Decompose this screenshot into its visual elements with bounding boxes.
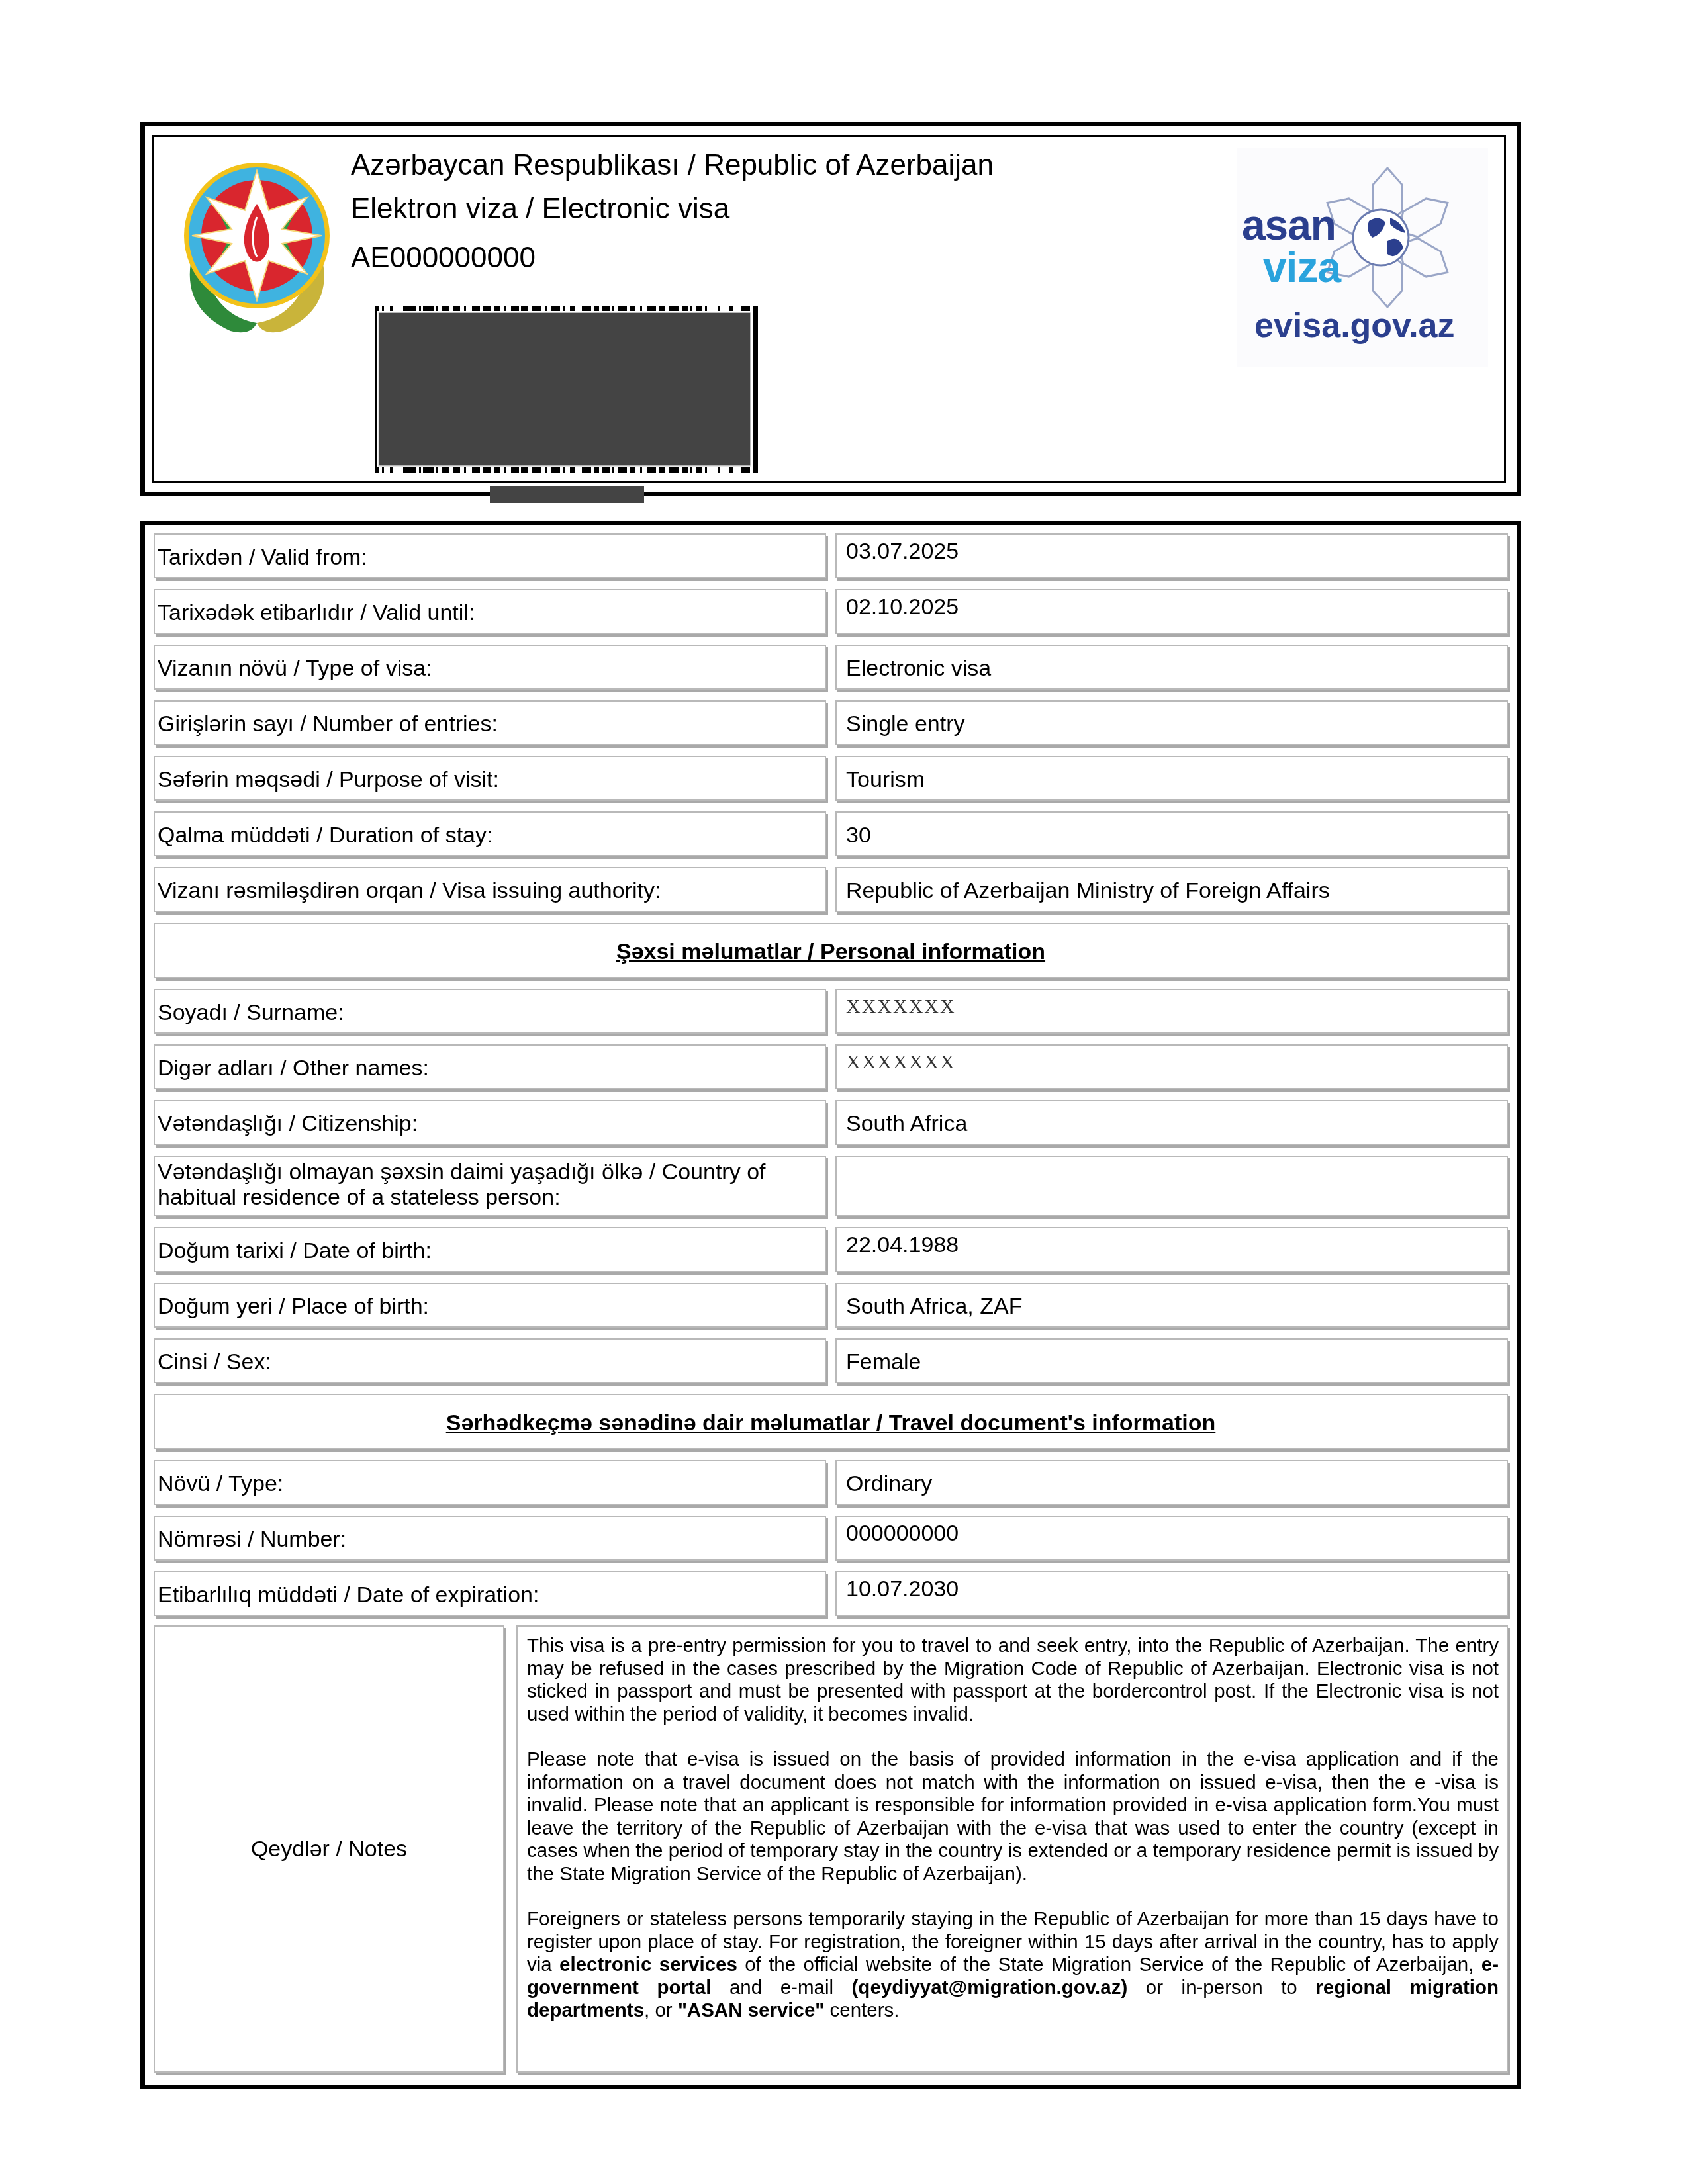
label-doc-type: Növü / Type: [154,1460,826,1505]
value-stateless-residence [835,1156,1508,1216]
asan-service-text: "ASAN service" [678,1999,824,2021]
label-purpose: Səfərin məqsədi / Purpose of visit: [154,756,826,801]
label-doc-expiration: Etibarlılıq müddəti / Date of expiration… [154,1571,826,1616]
label-surname: Soyadı / Surname: [154,989,826,1034]
registration-email-text: (qeydiyyat@migration.gov.az) [852,1977,1128,1999]
label-visa-type: Vizanın növü / Type of visa: [154,645,826,690]
section-travel-document: Sərhədkeçmə sənədinə dair məlumatlar / T… [154,1394,1508,1449]
value-valid-from: 03.07.2025 [835,533,1508,578]
value-issuing-authority: Republic of Azerbaijan Ministry of Forei… [835,867,1508,912]
section-personal-information: Şəxsi məlumatlar / Personal information [154,923,1508,978]
logo-viza-text: viza [1263,246,1340,289]
label-date-of-birth: Doğum tarixi / Date of birth: [154,1227,826,1272]
notes-paragraph-accuracy: Please note that e-visa is issued on the… [527,1749,1499,1886]
label-citizenship: Vətəndaşlığı / Citizenship: [154,1100,826,1145]
logo-url-text: evisa.gov.az [1254,308,1455,343]
label-valid-from: Tarixdən / Valid from: [154,533,826,578]
value-other-names: XXXXXXX [835,1044,1508,1089]
label-place-of-birth: Doğum yeri / Place of birth: [154,1283,826,1328]
value-date-of-birth: 22.04.1988 [835,1227,1508,1272]
label-issuing-authority: Vizanı rəsmiləşdirən orqan / Visa issuin… [154,867,826,912]
value-duration: 30 [835,811,1508,856]
label-duration: Qalma müddəti / Duration of stay: [154,811,826,856]
value-surname: XXXXXXX [835,989,1508,1034]
value-doc-expiration: 10.07.2030 [835,1571,1508,1616]
redaction-bar [490,486,644,503]
value-citizenship: South Africa [835,1100,1508,1145]
label-other-names: Digər adları / Other names: [154,1044,826,1089]
visa-number: AE000000000 [351,244,536,273]
barcode-icon [375,306,760,473]
coat-of-arms-icon [177,158,336,336]
label-valid-until: Tarixədək etibarlıdır / Valid until: [154,589,826,634]
header-country: Azərbaycan Respublikası / Republic of Az… [351,151,994,180]
notes-text: This visa is a pre-entry permission for … [516,1625,1508,2073]
label-stateless-residence: Vətəndaşlığı olmayan şəxsin daimi yaşadı… [154,1156,826,1216]
notes-label: Qeydlər / Notes [154,1625,504,2073]
value-valid-until: 02.10.2025 [835,589,1508,634]
label-entries: Girişlərin sayı / Number of entries: [154,700,826,745]
label-doc-number: Nömrəsi / Number: [154,1516,826,1561]
value-purpose: Tourism [835,756,1508,801]
electronic-services-text: electronic services [559,1954,737,1976]
value-sex: Female [835,1338,1508,1383]
notes-paragraph-validity: This visa is a pre-entry permission for … [527,1635,1499,1726]
value-doc-number: 000000000 [835,1516,1508,1561]
header-doc-type: Elektron viza / Electronic visa [351,195,729,224]
logo-asan-text: asan [1242,204,1336,246]
value-entries: Single entry [835,700,1508,745]
value-visa-type: Electronic visa [835,645,1508,690]
label-sex: Cinsi / Sex: [154,1338,826,1383]
notes-paragraph-registration: Foreigners or stateless persons temporar… [527,1908,1499,2023]
value-place-of-birth: South Africa, ZAF [835,1283,1508,1328]
value-doc-type: Ordinary [835,1460,1508,1505]
